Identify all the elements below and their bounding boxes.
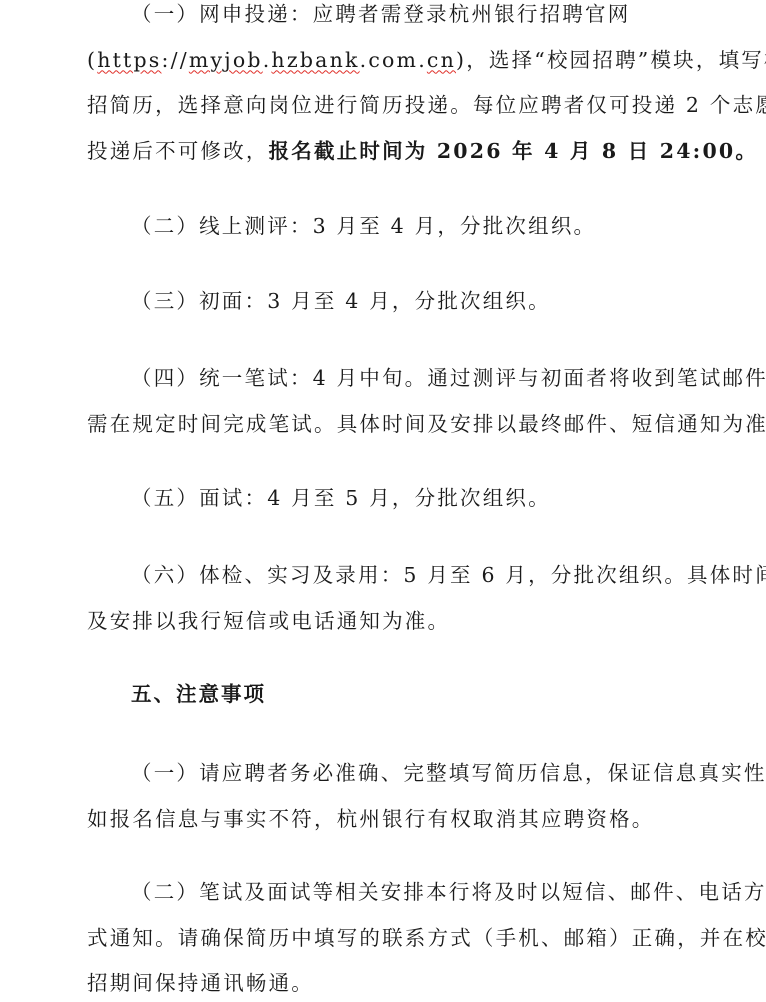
url-subdomain[interactable]: myjob <box>189 48 263 72</box>
text-line: (https://myjob.hzbank.com.cn)，选择“校园招聘”模块… <box>87 38 699 84</box>
paragraph-written-exam: （四）统一笔试：4 月中旬。通过测评与初面者将收到笔试邮件， 需在规定时间完成笔… <box>87 356 699 447</box>
paragraph-note-1: （一）请应聘者务必准确、完整填写简历信息，保证信息真实性。 如报名信息与事实不符… <box>87 751 699 842</box>
paragraph-first-interview: （三）初面：3 月至 4 月，分批次组织。 <box>87 279 699 325</box>
text-line: （二）笔试及面试等相关安排本行将及时以短信、邮件、电话方 <box>87 870 699 916</box>
paragraph-online-test: （二）线上测评：3 月至 4 月，分批次组织。 <box>87 204 699 250</box>
url-tld[interactable]: .com. <box>360 48 427 72</box>
text-line: 及安排以我行短信或电话通知为准。 <box>87 599 699 645</box>
text-line: 招简历，选择意向岗位进行简历投递。每位应聘者仅可投递 2 个志愿， <box>87 83 699 129</box>
text-line: 投递后不可修改，报名截止时间为 2026 年 4 月 8 日 24:00。 <box>87 129 699 175</box>
paragraph-note-2: （二）笔试及面试等相关安排本行将及时以短信、邮件、电话方 式通知。请确保简历中填… <box>87 870 699 1002</box>
text-line: （五）面试：4 月至 5 月，分批次组织。 <box>87 476 699 522</box>
url-paren-open: ( <box>87 48 97 72</box>
paragraph-exam-intern-hire: （六）体检、实习及录用：5 月至 6 月，分批次组织。具体时间 及安排以我行短信… <box>87 553 699 644</box>
section-heading-notes: 五、注意事项 <box>131 672 266 718</box>
text-line: （一）请应聘者务必准确、完整填写简历信息，保证信息真实性。 <box>87 751 699 797</box>
text-fragment: 投递后不可修改， <box>87 139 269 163</box>
text-line: 需在规定时间完成笔试。具体时间及安排以最终邮件、短信通知为准。 <box>87 402 699 448</box>
deadline-bold-text: 报名截止时间为 2026 年 4 月 8 日 24:00。 <box>269 139 758 163</box>
url-paren-close: ) <box>456 48 466 72</box>
text-line: （二）线上测评：3 月至 4 月，分批次组织。 <box>87 204 699 250</box>
text-line: （四）统一笔试：4 月中旬。通过测评与初面者将收到笔试邮件， <box>87 356 699 402</box>
text-line: 如报名信息与事实不符，杭州银行有权取消其应聘资格。 <box>87 797 699 843</box>
text-line: 式通知。请确保简历中填写的联系方式（手机、邮箱）正确，并在校 <box>87 916 699 962</box>
text-line: 招期间保持通讯畅通。 <box>87 961 699 1002</box>
text-line: （六）体检、实习及录用：5 月至 6 月，分批次组织。具体时间 <box>87 553 699 599</box>
url-scheme[interactable]: https <box>97 48 161 72</box>
text-line: （三）初面：3 月至 4 月，分批次组织。 <box>87 279 699 325</box>
text-line: （一）网申投递：应聘者需登录杭州银行招聘官网 <box>87 0 699 38</box>
url-cc[interactable]: cn <box>427 48 456 72</box>
paragraph-interview: （五）面试：4 月至 5 月，分批次组织。 <box>87 476 699 522</box>
url-domain[interactable]: hzbank <box>271 48 359 72</box>
paragraph-apply: （一）网申投递：应聘者需登录杭州银行招聘官网 (https://myjob.hz… <box>87 0 699 174</box>
url-sep[interactable]: :// <box>162 48 189 72</box>
text-fragment: ，选择“校园招聘”模块，填写校 <box>466 48 766 72</box>
